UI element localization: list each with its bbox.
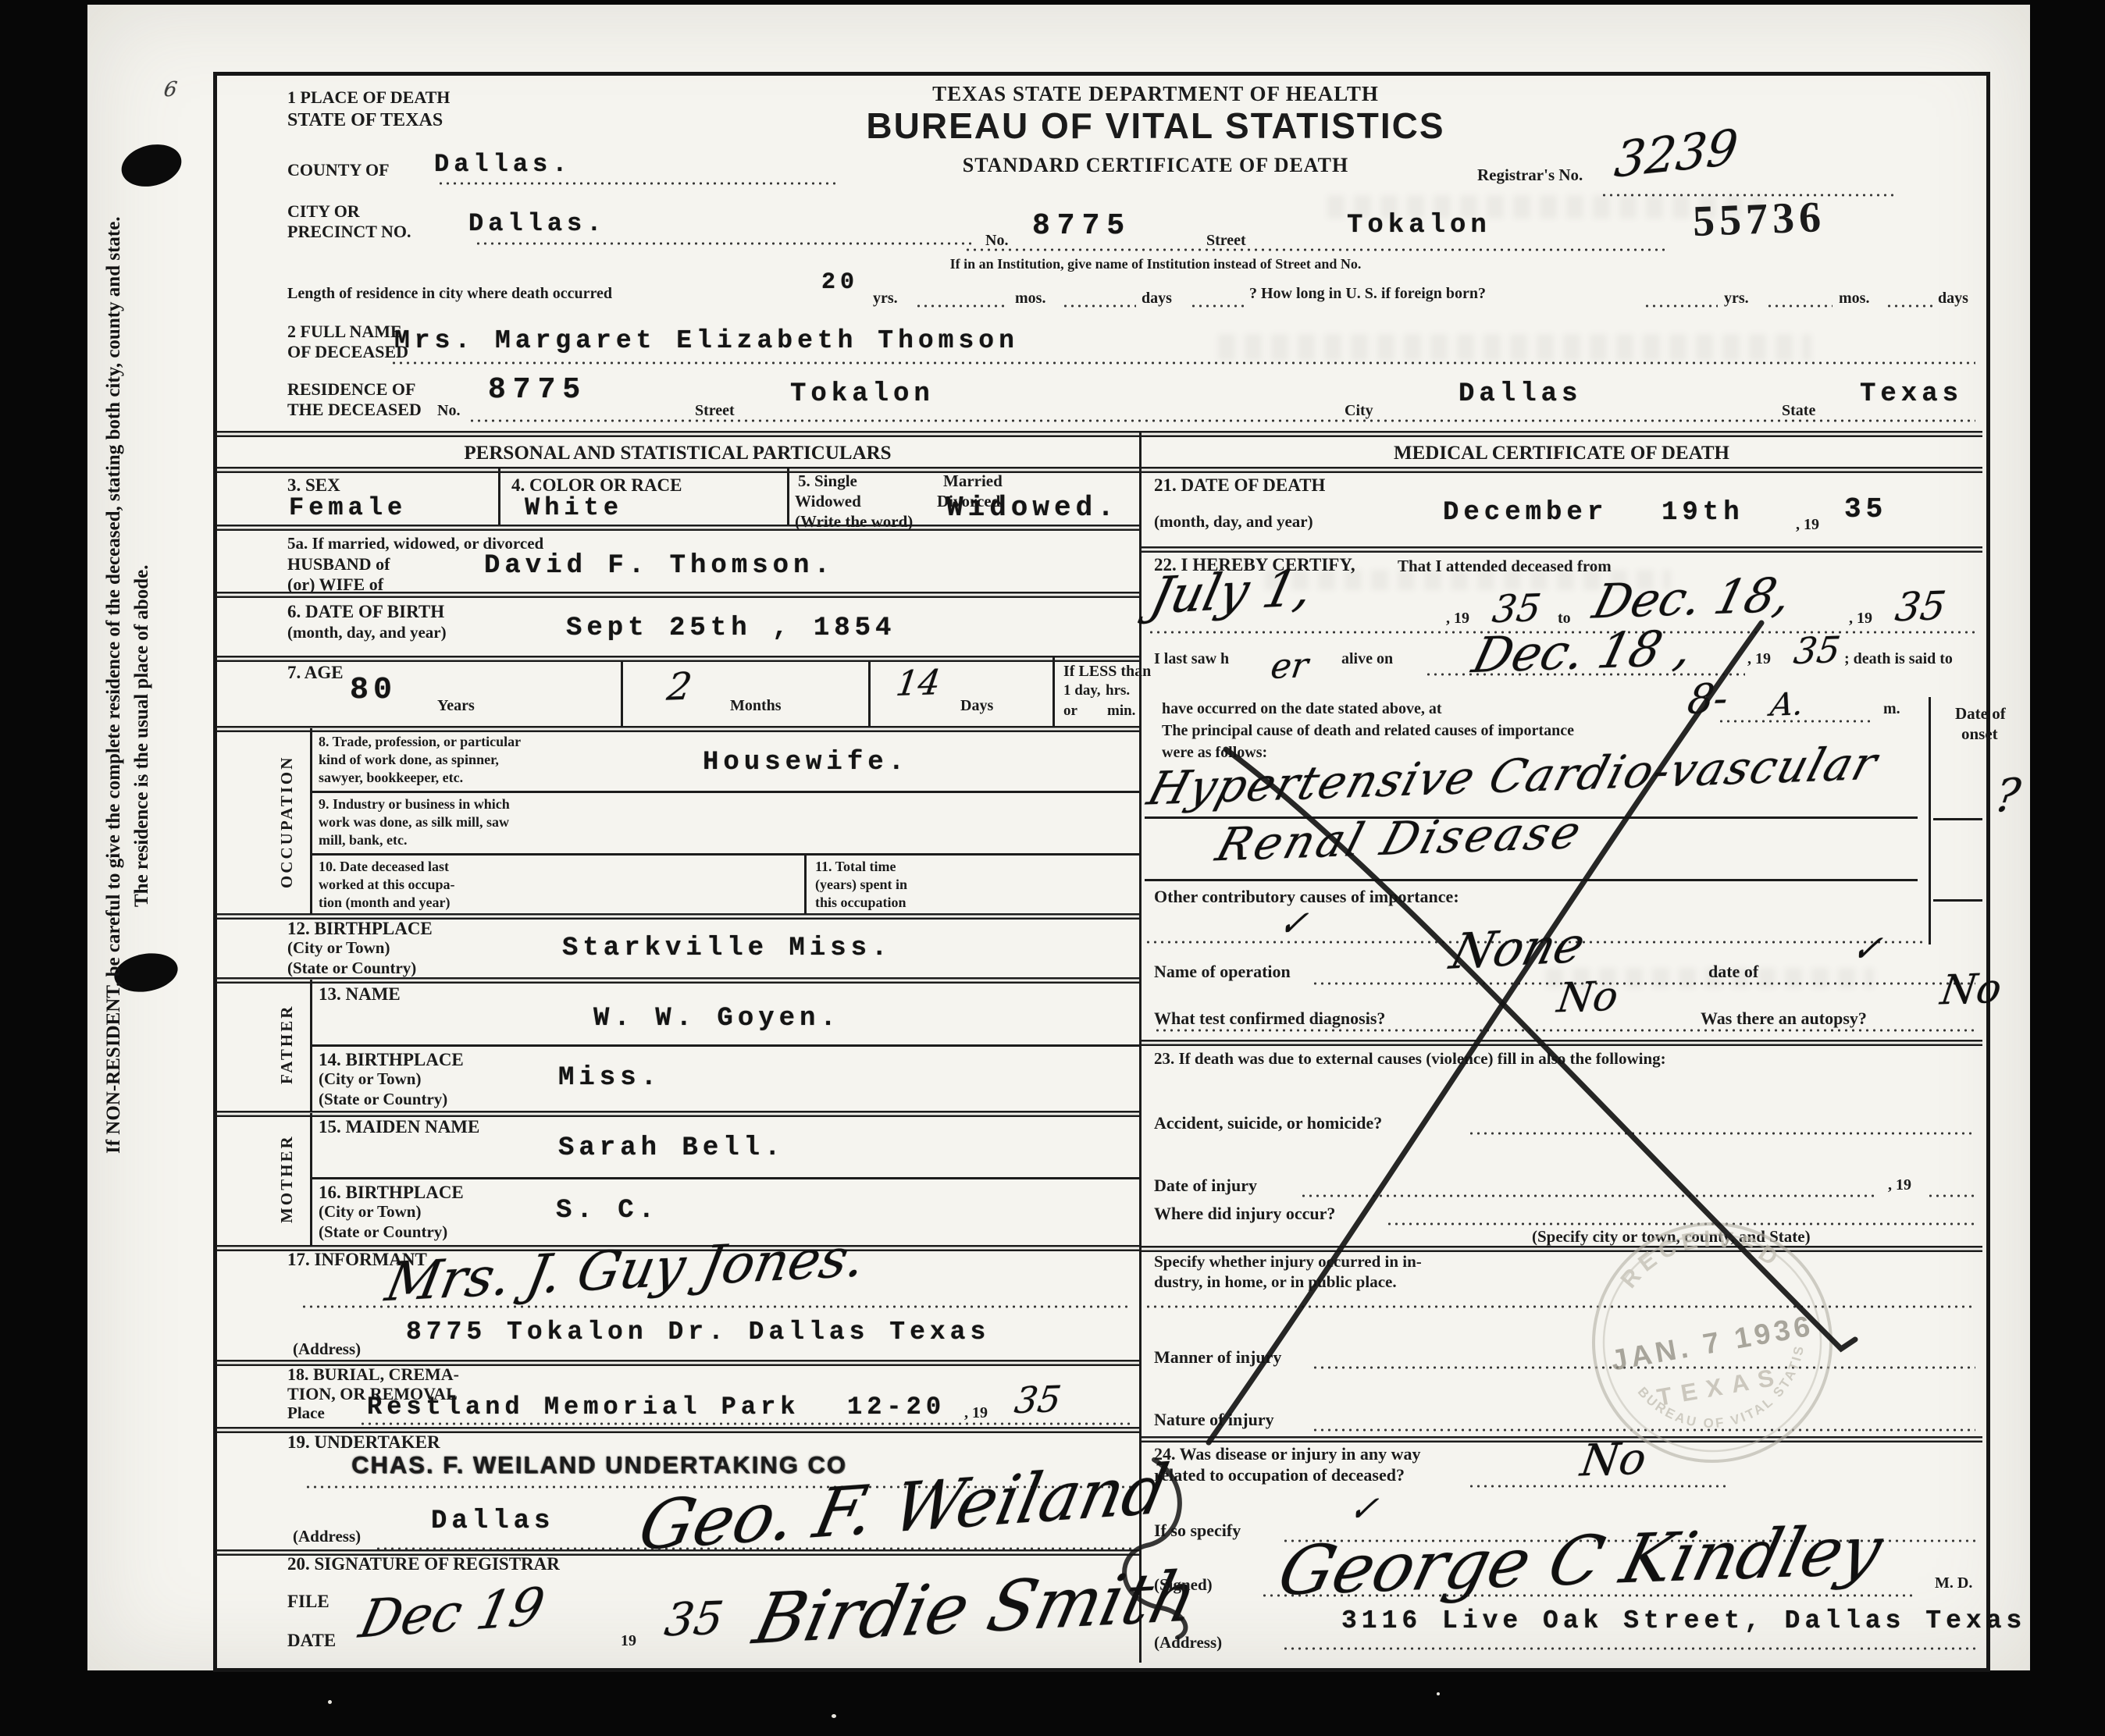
street-label: Street [1206,231,1246,250]
father-birthplace-label: 14. BIRTHPLACE [319,1049,464,1071]
mother-birthplace-value: S. C. [556,1196,659,1226]
row6-bottom [216,656,1139,662]
birthplace-value: Starkville Miss. [562,934,892,963]
row8-bottom [310,791,1139,793]
sex-value: Female [289,493,407,522]
last-worked-label-1: 10. Date deceased last [319,859,449,876]
total-time-label-2: (years) spent in [815,877,907,894]
residence-street-value: Tokalon [790,379,935,409]
registrar-year-value: 35 [661,1592,726,1647]
occupation-strip-border [310,728,312,914]
informant-dotted [301,1305,1132,1308]
length-residence-label: Length of residence in city where death … [287,284,612,303]
len-dots-2 [1062,304,1136,308]
burial-place-value: Restland Memorial Park [367,1393,800,1421]
burial-date-value: 12-20 [847,1393,946,1421]
section-title-rule [216,467,1982,473]
marital-value: Widowed. [946,492,1119,524]
if-less-or: or [1063,703,1077,720]
street-no-label: No. [985,231,1008,250]
informant-address-value: 8775 Tokalon Dr. Dallas Texas [406,1318,990,1346]
father-name-value: W. W. Goyen. [593,1004,841,1033]
yrs-label-2: yrs. [1724,289,1749,308]
residence-state-label: State [1782,401,1815,420]
len-dots-4 [1644,304,1718,308]
residence-no-value: 8775 [488,373,587,407]
city-label: CITY OR [287,201,360,222]
days-label-1: days [1142,289,1172,308]
trade-label-1: 8. Trade, profession, or particular [319,734,521,751]
father-birthplace-value: Miss. [558,1063,661,1093]
file-number-stamp: 55736 [1692,191,1826,248]
injury-19-label: , 19 [1888,1176,1911,1194]
if-less-min: min. [1107,703,1135,720]
residence-street-label: Street [695,401,735,420]
certificate-title: STANDARD CERTIFICATE OF DEATH [963,153,1348,177]
dob-label: 6. DATE OF BIRTH [287,601,444,623]
marital-label-single: 5. Single [798,471,857,491]
undertaker-address-value: Dallas [431,1507,554,1536]
age-divider-3 [1052,657,1055,726]
burial-label-1: 18. BURIAL, CREMA- [287,1364,459,1385]
full-name-label2: OF DECEASED [287,342,408,362]
signature-flourish [1107,1452,1216,1639]
place-of-death-label: 1 PLACE OF DEATH [287,87,450,108]
industry-label-3: mill, bank, etc. [319,832,408,849]
father-side-label: FATHER [277,990,297,1099]
dob-sublabel: (month, day, and year) [287,623,447,642]
date-label: DATE [287,1630,336,1652]
full-name-value: Mrs. Margaret Elizabeth Thomson [394,326,1019,355]
dept-title: TEXAS STATE DEPARTMENT OF HEALTH [932,81,1379,106]
birthplace-sub2: (State or Country) [287,959,416,978]
row7-bottom [216,726,1139,732]
divider-10-11 [804,855,807,914]
industry-label-2: work was done, as silk mill, saw [319,814,509,831]
onset-rule-2 [1933,899,1982,902]
cell-divider-3-4 [498,468,500,525]
to-year-value: 35 [1893,583,1949,631]
last-worked-label-2: worked at this occupa- [319,877,455,894]
row15-bottom [310,1177,1139,1179]
foreign-born-label: ? How long in U. S. if foreign born? [1249,284,1486,303]
registrar-signature-label: 20. SIGNATURE OF REGISTRAR [287,1553,560,1575]
last-worked-label-3: tion (month and year) [319,895,451,912]
industry-label-1: 9. Industry or business in which [319,796,510,813]
autopsy-value: No [1938,965,2004,1014]
medical-section-title: MEDICAL CERTIFICATE OF DEATH [1394,442,1729,465]
age-years-value: 80 [350,673,397,708]
row5-bottom [216,525,1139,531]
injury-19-dotted [1927,1194,1978,1197]
onset-label-1: Date of [1955,704,2006,724]
row12-bottom [216,977,1139,984]
registrar-no-label: Registrar's No. [1477,165,1583,185]
file-label: FILE [287,1591,329,1613]
city-value: Dallas. [468,209,606,238]
residence-dotted [468,419,1975,422]
full-name-label1: 2 FULL NAME [287,322,402,342]
burial-place-label: Place [287,1403,325,1423]
residence-state-value: Texas [1860,379,1963,409]
death-19-label: , 19 [1796,515,1819,534]
mother-maiden-label: 15. MAIDEN NAME [319,1116,479,1138]
father-birthplace-sub2: (State or Country) [319,1090,447,1109]
residence-label2: THE DECEASED [287,400,422,420]
burial-year-value: 35 [1012,1378,1063,1421]
dust-speck-1 [328,1700,332,1704]
row21-bottom [1141,546,1982,553]
father-birthplace-sub1: (City or Town) [319,1069,421,1089]
institution-note: If in an Institution, give name of Insti… [950,256,1362,273]
certify-label-2: That I attended deceased from [1398,557,1612,576]
margin-instruction-line2: The residence is the usual place of abod… [131,565,153,907]
street-value: Tokalon [1347,211,1491,240]
len-dots-3 [1190,304,1245,308]
residence-city-label: City [1345,401,1373,420]
days-label-2: days [1938,289,1968,308]
dust-speck-3 [1437,1692,1440,1695]
total-time-label-3: this occupation [815,895,906,912]
husband-of-label: HUSBAND of [287,554,390,575]
age-days-value: 14 [893,663,942,704]
bureau-title: BUREAU OF VITAL STATISTICS [866,105,1444,148]
mother-birthplace-sub2: (State or Country) [319,1222,447,1242]
death-date-sublabel: (month, day, and year) [1154,512,1313,532]
row9-bottom [310,853,1139,856]
related-dotted [1468,1485,1726,1488]
trade-label-3: sawyer, bookkeeper, etc. [319,770,463,787]
length-residence-value: 20 [821,269,859,296]
if-less-label1: If LESS than [1063,662,1151,681]
age-months-label: Months [730,696,782,715]
death-month-value: December [1443,498,1608,528]
precinct-label: PRECINCT NO. [287,222,411,242]
mother-maiden-value: Sarah Bell. [558,1133,785,1163]
street-no-value: 8775 [1032,209,1131,243]
age-days-label: Days [960,696,993,715]
trade-value: Housewife. [703,748,909,777]
death-date-label: 21. DATE OF DEATH [1154,475,1325,496]
age-divider-1 [621,662,623,726]
if-less-hrs: hrs. [1106,682,1130,700]
onset-box-border [1929,697,1931,944]
county-label: COUNTY OF [287,160,390,180]
len-dots-1 [915,304,1009,308]
yrs-label-1: yrs. [873,289,898,308]
mother-side-label: MOTHER [277,1122,297,1236]
onset-rule-1 [1933,818,1982,820]
residence-city-value: Dallas [1459,379,1582,409]
row13-bottom [310,1044,1139,1047]
death-year-value: 35 [1844,493,1887,525]
county-dotted-line [437,182,835,185]
residence-no-label: No. [437,401,460,420]
signed-dotted [1261,1594,1917,1597]
physician-address-value: 3116 Live Oak Street, Dallas Texas [1341,1606,2026,1635]
if-less-label2: 1 day, [1063,682,1101,700]
city-dotted-line [475,242,974,245]
father-name-label: 13. NAME [319,984,401,1005]
undertaker-address-label: (Address) [293,1527,361,1546]
header-bottom-rule [216,431,1982,437]
mos-label-2: mos. [1839,289,1869,308]
margin-instruction-line1: If NON-RESIDENT, be careful to give the … [103,216,125,1154]
related-check: ✓ [1346,1489,1380,1530]
mother-birthplace-label: 16. BIRTHPLACE [319,1182,464,1204]
onset-label-2: onset [1961,724,1998,744]
row5a-bottom [216,592,1139,598]
scanned-death-certificate: If NON-RESIDENT, be careful to give the … [0,0,2105,1736]
death-day-value: 19th [1662,498,1744,528]
mother-birthplace-sub1: (City or Town) [319,1202,421,1222]
informant-address-label: (Address) [293,1339,361,1359]
len-dots-5 [1766,304,1833,308]
crossout-x-mark [1171,593,1890,1475]
burial-19-label: , 19 [964,1403,988,1422]
registrar-19-label: 19 [621,1631,636,1650]
marital-label-married: Married [943,471,1003,491]
total-time-label-1: 11. Total time [815,859,896,876]
residence-label1: RESIDENCE OF [287,379,415,400]
street-dotted-line [964,248,1667,251]
occupation-side-label: OCCUPATION [277,738,297,905]
dob-value: Sept 25th , 1854 [566,614,896,643]
county-value: Dallas. [434,150,572,179]
dust-speck-2 [832,1714,836,1718]
spouse-value: David F. Thomson. [484,551,835,581]
undertaker-value-stamp: CHAS. F. WEILAND UNDERTAKING CO [351,1450,847,1479]
age-label: 7. AGE [287,662,344,684]
state-of-texas-label: STATE OF TEXAS [287,109,443,132]
address-dotted [1282,1647,1975,1650]
race-value: White [525,493,623,522]
age-years-label: Years [437,696,475,715]
cell-divider-4-5 [787,468,789,525]
mos-label-1: mos. [1015,289,1045,308]
personal-section-title: PERSONAL AND STATISTICAL PARTICULARS [464,442,891,465]
trade-label-2: kind of work done, as spinner, [319,752,499,769]
len-dots-6 [1886,304,1932,308]
age-divider-2 [868,662,871,726]
birthplace-sub1: (City or Town) [287,938,390,958]
marital-label-widowed: Widowed [795,492,861,511]
burial-dotted [359,1422,1132,1425]
md-label: M. D. [1935,1574,1972,1592]
birthplace-label: 12. BIRTHPLACE [287,918,433,940]
full-name-dotted [390,361,1975,365]
